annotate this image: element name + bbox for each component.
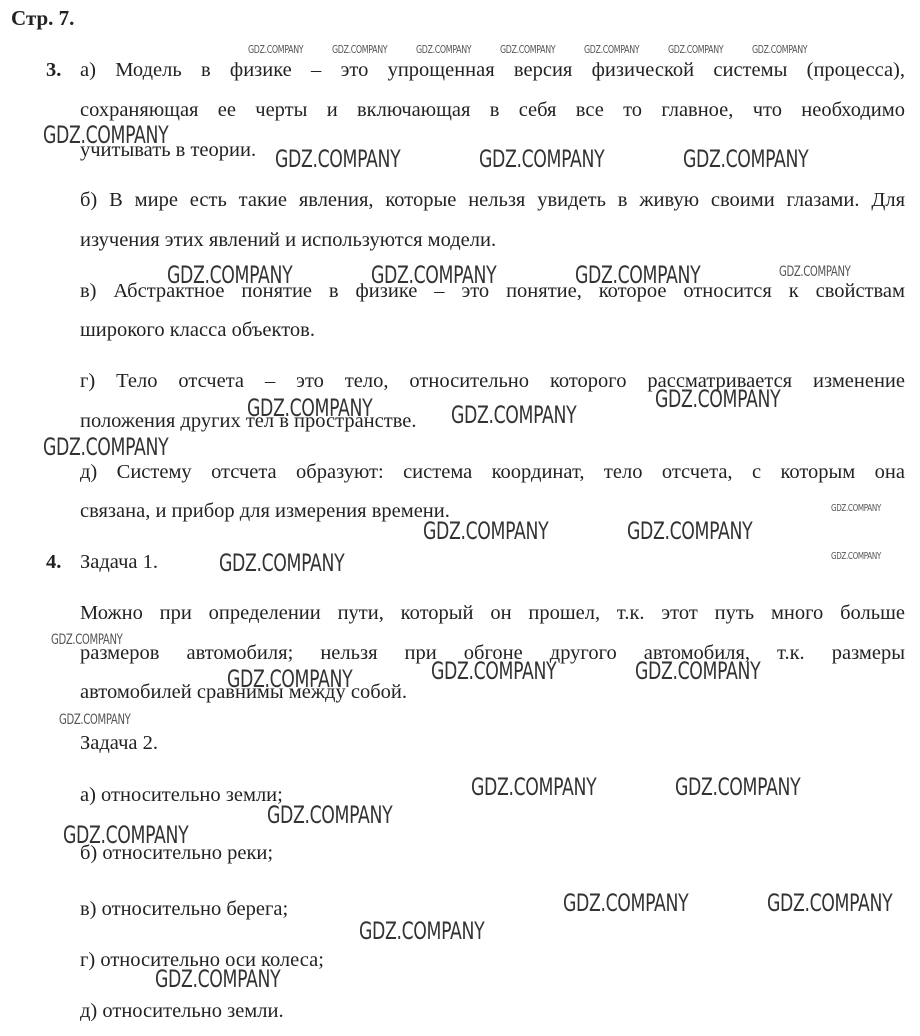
problem2-item: б) относительно реки; [80, 841, 905, 865]
problem2-title: Задача 2. [80, 731, 905, 755]
watermark: GDZ.COMPANY [51, 632, 122, 648]
problem1-title: Задача 1. [80, 550, 905, 574]
watermark: GDZ.COMPANY [359, 917, 484, 945]
watermark: GDZ.COMPANY [500, 43, 555, 56]
page-heading: Стр. 7. [11, 6, 74, 31]
watermark: GDZ.COMPANY [668, 43, 723, 56]
watermark: GDZ.COMPANY [767, 889, 892, 917]
watermark: GDZ.COMPANY [155, 965, 280, 993]
watermark: GDZ.COMPANY [431, 657, 556, 685]
watermark: GDZ.COMPANY [227, 665, 352, 693]
watermark: GDZ.COMPANY [831, 503, 881, 514]
problem2-item: д) относительно земли. [80, 999, 905, 1023]
task3-a-line1: а) Модель в физике – это упрощенная верс… [80, 58, 905, 82]
task3-g-line1: г) Тело отсчета – это тело, относительно… [80, 369, 905, 393]
task3-a-line2: сохраняющая ее черты и включающая в себя… [80, 98, 905, 122]
task3-b-line1: б) В мире есть такие явления, которые не… [80, 188, 905, 212]
watermark: GDZ.COMPANY [267, 801, 392, 829]
watermark: GDZ.COMPANY [371, 261, 496, 289]
task3-d-line1: д) Систему отсчета образуют: система коо… [80, 460, 905, 484]
watermark: GDZ.COMPANY [275, 145, 400, 173]
watermark: GDZ.COMPANY [627, 517, 752, 545]
task-number: 3. [46, 58, 61, 82]
watermark: GDZ.COMPANY [451, 401, 576, 429]
watermark: GDZ.COMPANY [43, 121, 168, 149]
problem1-line1: Можно при определении пути, который он п… [80, 601, 905, 625]
watermark: GDZ.COMPANY [59, 712, 130, 728]
watermark: GDZ.COMPANY [43, 433, 168, 461]
task-number: 4. [46, 550, 61, 574]
watermark: GDZ.COMPANY [575, 261, 700, 289]
task3-v-line2: широкого класса объектов. [80, 318, 905, 342]
watermark: GDZ.COMPANY [479, 145, 604, 173]
watermark: GDZ.COMPANY [471, 773, 596, 801]
watermark: GDZ.COMPANY [167, 261, 292, 289]
watermark: GDZ.COMPANY [655, 385, 780, 413]
watermark: GDZ.COMPANY [635, 657, 760, 685]
watermark: GDZ.COMPANY [752, 43, 807, 56]
watermark: GDZ.COMPANY [416, 43, 471, 56]
watermark: GDZ.COMPANY [675, 773, 800, 801]
watermark: GDZ.COMPANY [779, 264, 850, 280]
watermark: GDZ.COMPANY [247, 394, 372, 422]
watermark: GDZ.COMPANY [219, 549, 344, 577]
watermark: GDZ.COMPANY [584, 43, 639, 56]
watermark: GDZ.COMPANY [831, 551, 881, 562]
document-page: Стр. 7. 3. а) Модель в физике – это упро… [0, 0, 920, 1036]
watermark: GDZ.COMPANY [332, 43, 387, 56]
task3-b-line2: изучения этих явлений и используются мод… [80, 228, 905, 252]
watermark: GDZ.COMPANY [248, 43, 303, 56]
watermark: GDZ.COMPANY [683, 145, 808, 173]
watermark: GDZ.COMPANY [63, 821, 188, 849]
watermark: GDZ.COMPANY [563, 889, 688, 917]
watermark: GDZ.COMPANY [423, 517, 548, 545]
